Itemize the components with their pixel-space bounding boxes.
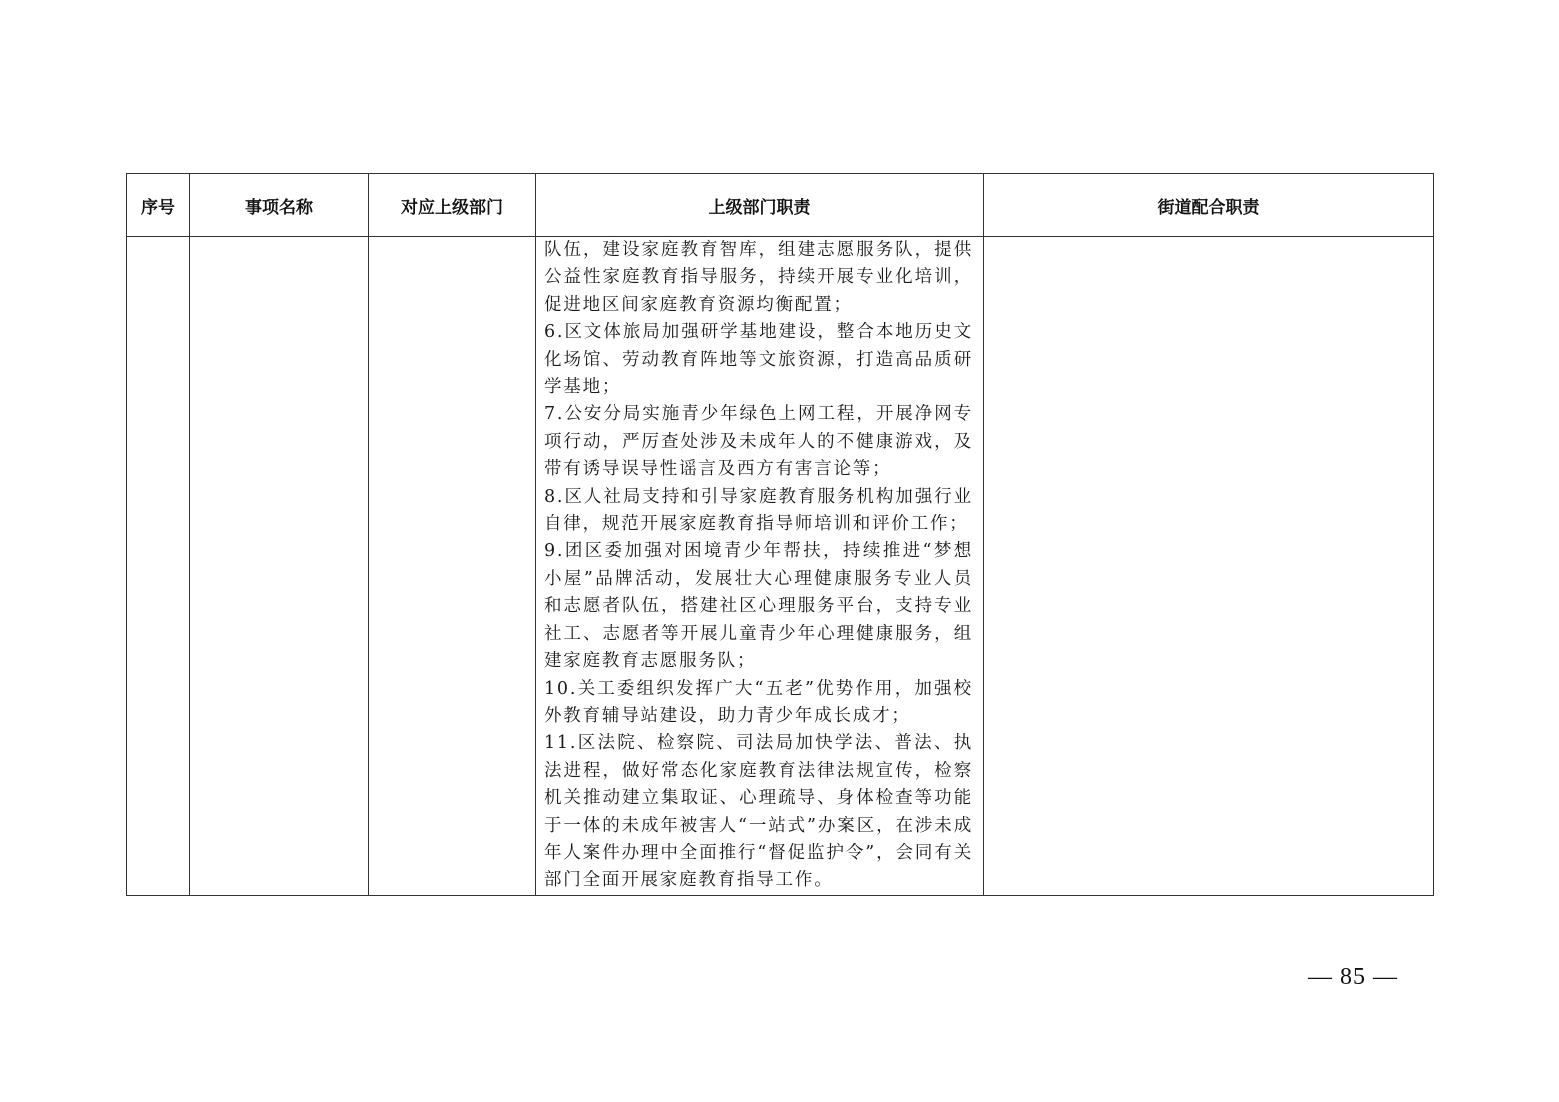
duty-item-9: 9.团区委加强对困境青少年帮扶，持续推进“梦想小屋”品牌活动，发展壮大心理健康服… [544,538,973,675]
header-superior-duties: 上级部门职责 [536,174,984,237]
table-header-row: 序号 事项名称 对应上级部门 上级部门职责 街道配合职责 [127,174,1434,237]
cell-superior-department [369,237,536,896]
header-superior-department: 对应上级部门 [369,174,536,237]
duty-item-11: 11.区法院、检察院、司法局加快学法、普法、执法进程，做好常态化家庭教育法律法规… [544,730,973,894]
table-row: 队伍，建设家庭教育智库，组建志愿服务队，提供公益性家庭教育指导服务，持续开展专业… [127,237,1434,896]
header-index: 序号 [127,174,190,237]
duty-item-6: 6.区文体旅局加强研学基地建设，整合本地历史文化场馆、劳动教育阵地等文旅资源，打… [544,319,973,401]
cell-superior-duties: 队伍，建设家庭教育智库，组建志愿服务队，提供公益性家庭教育指导服务，持续开展专业… [536,237,984,896]
cell-street-duties [984,237,1434,896]
header-item-name: 事项名称 [190,174,369,237]
duties-table: 序号 事项名称 对应上级部门 上级部门职责 街道配合职责 队伍，建设家庭教育智库… [126,173,1434,896]
duty-item-5-continued: 队伍，建设家庭教育智库，组建志愿服务队，提供公益性家庭教育指导服务，持续开展专业… [544,237,973,319]
cell-index [127,237,190,896]
header-street-duties: 街道配合职责 [984,174,1434,237]
duty-item-7: 7.公安分局实施青少年绿色上网工程，开展净网专项行动，严厉查处涉及未成年人的不健… [544,401,973,483]
duty-item-8: 8.区人社局支持和引导家庭教育服务机构加强行业自律，规范开展家庭教育指导师培训和… [544,484,973,539]
cell-item-name [190,237,369,896]
superior-duties-text: 队伍，建设家庭教育智库，组建志愿服务队，提供公益性家庭教育指导服务，持续开展专业… [536,237,983,895]
duty-item-10: 10.关工委组织发挥广大“五老”优势作用，加强校外教育辅导站建设，助力青少年成长… [544,676,973,731]
document-page: 序号 事项名称 对应上级部门 上级部门职责 街道配合职责 队伍，建设家庭教育智库… [0,0,1559,1102]
page-number: — 85 — [1308,964,1398,991]
